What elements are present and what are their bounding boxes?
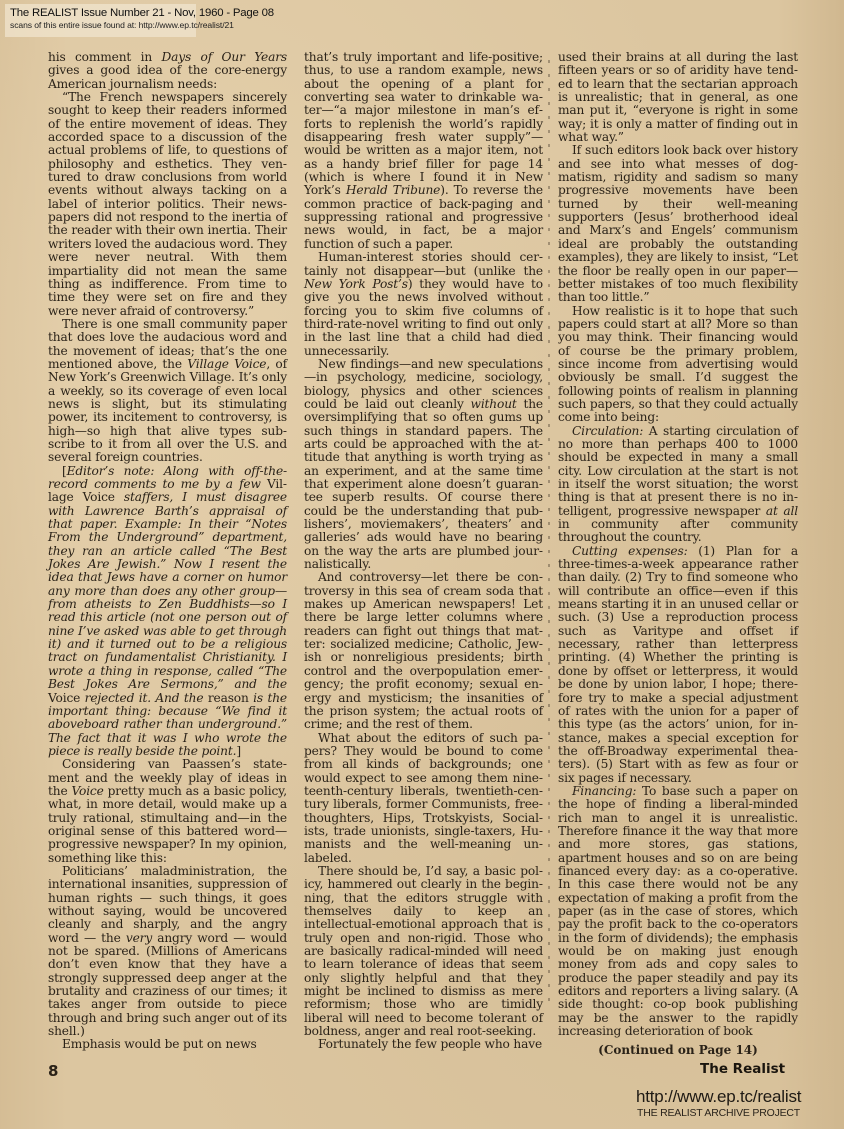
column-rule	[548, 60, 550, 1010]
article-paragraph: Emphasis would be put on news	[48, 1038, 287, 1051]
article-paragraph: There is one small community paper that …	[48, 318, 287, 465]
article-paragraph: If such editors look back over his­tory …	[558, 144, 798, 304]
italic-text: Circulation:	[572, 424, 643, 438]
page-number: 8	[48, 1062, 58, 1080]
article-paragraph: “The French newspapers sincerely sought …	[48, 91, 287, 318]
article-paragraph: Cutting expenses: (1) Plan for a three-t…	[558, 545, 798, 785]
italic-text: Editor’s note: Along with off-the-record…	[48, 464, 287, 491]
article-column-1: his comment in Days of Our Years gives a…	[48, 51, 287, 1052]
italic-text: without	[471, 397, 517, 411]
text: If such editors look back over his­tory …	[558, 143, 798, 304]
text: And controversy—let there be con­trovers…	[304, 570, 543, 731]
article-paragraph: Human-interest stories should cer­tainly…	[304, 251, 543, 358]
text: that’s truly important and life-posi­tiv…	[304, 50, 543, 197]
text: How realistic is it to hope that such pa…	[558, 304, 798, 425]
italic-text: Herald Tribune	[346, 183, 440, 197]
italic-text: Village Voice	[187, 357, 266, 371]
article-paragraph: Considering van Paassen’s state­ment and…	[48, 758, 287, 865]
article-paragraph: Circulation: A starting circulation of n…	[558, 425, 798, 545]
article-paragraph: And controversy—let there be con­trovers…	[304, 571, 543, 731]
text: There should be, I’d say, a basic pol­ic…	[304, 864, 543, 1038]
italic-text: staffers, I must disagree with Lawrence …	[48, 490, 287, 691]
text: A starting circulation of no more than p…	[558, 424, 798, 518]
italic-text: rejected it. And the	[80, 691, 208, 705]
italic-text: at all	[766, 504, 798, 518]
text: Voice	[48, 691, 80, 705]
article-column-3: used their brains at all during the last…	[558, 51, 798, 1038]
archive-project-name: THE REALIST ARCHIVE PROJECT	[637, 1107, 800, 1119]
italic-text: very	[126, 931, 152, 945]
article-paragraph: used their brains at all during the last…	[558, 51, 798, 144]
italic-text: Days of Our Years	[162, 50, 287, 64]
masthead-logo: The Realist	[700, 1061, 785, 1077]
text: used their brains at all during the last…	[558, 50, 798, 144]
article-paragraph: How realistic is it to hope that such pa…	[558, 305, 798, 425]
text: gives a good idea of the core-energy Ame…	[48, 63, 287, 90]
article-paragraph: Financing: To base such a paper on the h…	[558, 785, 798, 1039]
text: angry word — would not be spared. (Milli…	[48, 931, 287, 1038]
text: , of New York’s Greenwich Village. It’s …	[48, 357, 287, 464]
text: “The French newspapers sincerely sought …	[48, 90, 287, 318]
text: To base such a paper on the hope of find…	[558, 784, 798, 1038]
italic-text: New York Post’s	[304, 277, 408, 291]
scan-source-note: scans of this entire issue found at: htt…	[10, 20, 196, 31]
italic-text: Financing:	[572, 784, 636, 798]
article-paragraph: What about the editors of such pa­pers? …	[304, 732, 543, 865]
text: Emphasis would be put on news	[62, 1037, 257, 1051]
continued-note: (Continued on Page 14)	[558, 1043, 798, 1057]
italic-text: Voice	[71, 784, 103, 798]
text: What about the editors of such pa­pers? …	[304, 731, 543, 865]
scan-header: The REALIST Issue Number 21 - Nov, 1960 …	[5, 4, 196, 37]
text: Fortunately the few people who have	[318, 1037, 542, 1051]
text: the oversimplifying that so often gums u…	[304, 397, 543, 571]
article-paragraph: Fortunately the few people who have	[304, 1038, 543, 1051]
text: (1) Plan for a three-times-a-week appear…	[558, 544, 798, 785]
article-column-2: that’s truly important and life-posi­tiv…	[304, 51, 543, 1052]
article-paragraph: his comment in Days of Our Years gives a…	[48, 51, 287, 91]
text: ]	[236, 744, 241, 758]
article-paragraph: New findings—and new speculations —in ps…	[304, 358, 543, 572]
article-paragraph: There should be, I’d say, a basic pol­ic…	[304, 865, 543, 1038]
text: in community after community throughout …	[558, 517, 798, 544]
scan-title: The REALIST Issue Number 21 - Nov, 1960 …	[10, 7, 196, 20]
text: reason	[208, 691, 249, 705]
text: Human-interest stories should cer­tainly…	[304, 250, 543, 277]
article-paragraph: [Editor’s note: Along with off-the-recor…	[48, 465, 287, 759]
archive-link[interactable]: http://www.ep.tc/realist	[636, 1087, 801, 1107]
text: his comment in	[48, 50, 162, 64]
article-paragraph: Politicians’ maladministration, the inte…	[48, 865, 287, 1038]
italic-text: Cutting expenses:	[572, 544, 688, 558]
article-paragraph: that’s truly important and life-posi­tiv…	[304, 51, 543, 251]
